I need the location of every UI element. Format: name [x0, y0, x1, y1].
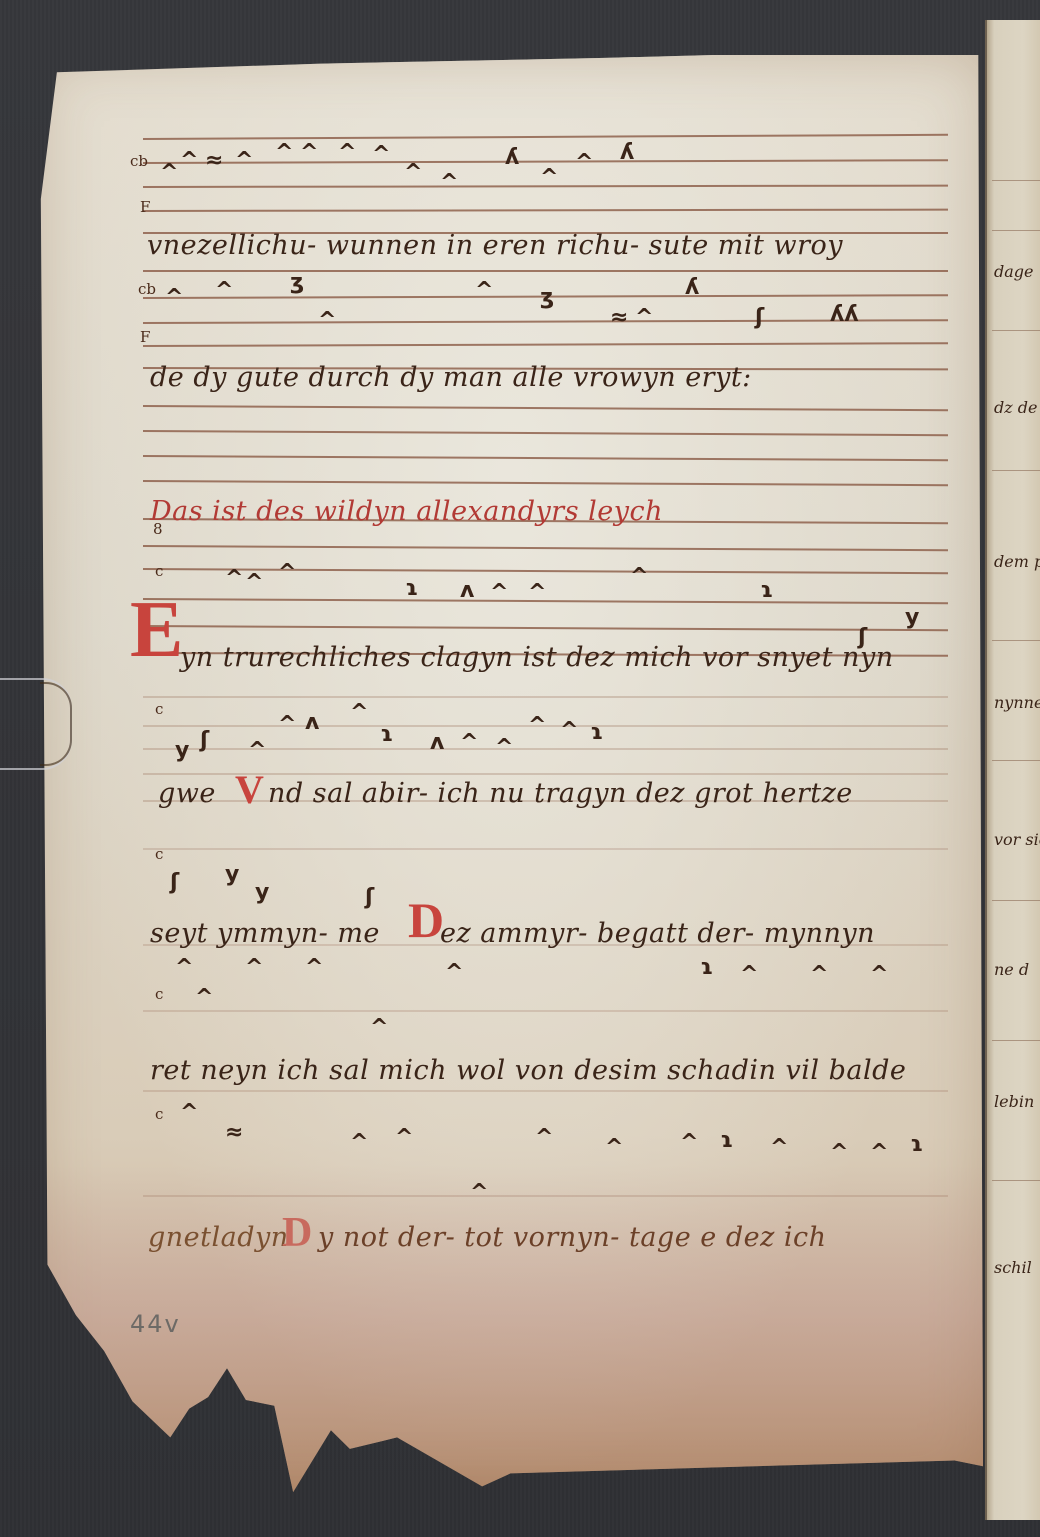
clef-6: c: [155, 845, 163, 863]
clef-f-1: F: [140, 198, 150, 216]
decorated-initial-d-2: D: [282, 1212, 312, 1254]
lyric-line-7-prefix: gnetladyn: [148, 1222, 289, 1253]
lyric-line-3: yn trurechliches clagyn ist dez mich vor…: [180, 642, 894, 673]
clef-7: c: [155, 985, 163, 1003]
clip-shadow: [40, 682, 72, 766]
clef-8: c: [155, 1105, 163, 1123]
folio-number: 44v: [130, 1310, 181, 1338]
lyric-line-5-prefix: seyt ymmyn- me: [150, 918, 380, 949]
clef-5: c: [155, 700, 163, 718]
lyric-line-7: y not der- tot vornyn- tage e dez ich: [318, 1222, 827, 1253]
lyric-line-6: ret neyn ich sal mich wol von desim scha…: [150, 1055, 906, 1086]
decorated-initial-v: V: [235, 770, 264, 810]
clef-4: c: [155, 562, 163, 580]
decorated-initial-e: E: [130, 590, 183, 670]
lyric-line-2: de dy gute durch dy man alle vrowyn eryt…: [150, 362, 752, 393]
lyric-line-1: vnezellichu- wunnen in eren richu- sute …: [147, 230, 843, 261]
lyric-line-5: ez ammyr- begatt der- mynnyn: [440, 918, 875, 949]
rubric-heading: Das ist des wildyn allexandyrs leych: [150, 496, 663, 527]
clef-c-2: cb: [138, 280, 156, 298]
lyric-line-4: nd sal abir- ich nu tragyn dez grot hert…: [268, 778, 853, 809]
clef-c-1: cb: [130, 152, 148, 170]
clef-f-2: F: [140, 328, 150, 346]
decorated-initial-d: D: [408, 895, 444, 945]
lyric-line-4-prefix: gwe: [158, 778, 216, 809]
adjacent-folio-edge: [985, 20, 1040, 1520]
